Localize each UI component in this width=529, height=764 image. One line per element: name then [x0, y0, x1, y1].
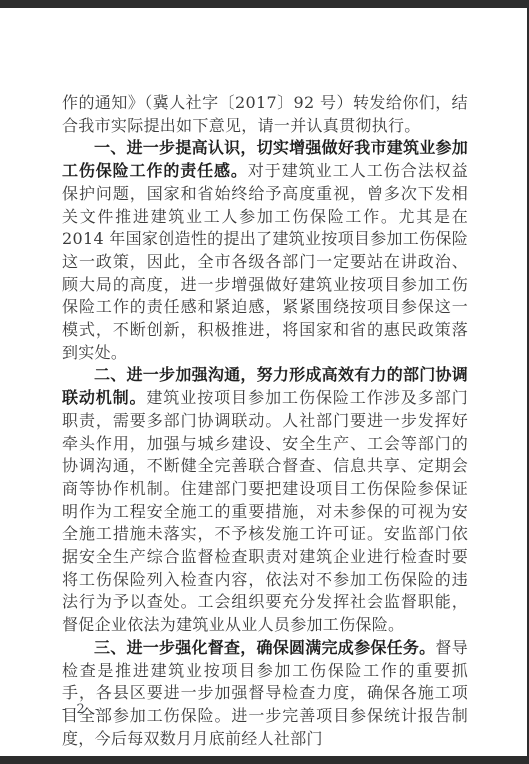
document-viewer: 作的通知》（冀人社字〔2017〕92 号）转发给你们，结合我市实际提出如下意见，…	[0, 0, 529, 764]
section-2-body: 建筑业按项目参加工伤保险工作涉及多部门职责，需要多部门协调联动。人社部门要进一步…	[62, 388, 468, 634]
page-content: 作的通知》（冀人社字〔2017〕92 号）转发给你们，结合我市实际提出如下意见，…	[62, 92, 468, 750]
paragraph-section-1: 一、进一步提高认识，切实增强做好我市建筑业参加工伤保险工作的责任感。对于建筑业工…	[62, 137, 468, 364]
section-3-heading: 三、进一步强化督查，确保圆满完成参保任务。	[94, 638, 435, 657]
page-number: - 2 -	[62, 702, 102, 718]
section-1-body: 对于建筑业工人工伤合法权益保护问题，国家和省始终给予高度重视，曾多次下发相关文件…	[62, 161, 468, 362]
paragraph-intro-continuation: 作的通知》（冀人社字〔2017〕92 号）转发给你们，结合我市实际提出如下意见，…	[62, 92, 468, 137]
paragraph-section-3: 三、进一步强化督查，确保圆满完成参保任务。督导检查是推进建筑业按项目参加工伤保险…	[62, 637, 468, 751]
paragraph-section-2: 二、进一步加强沟通，努力形成高效有力的部门协调联动机制。建筑业按项目参加工伤保险…	[62, 364, 468, 636]
document-page: 作的通知》（冀人社字〔2017〕92 号）转发给你们，结合我市实际提出如下意见，…	[0, 8, 527, 756]
